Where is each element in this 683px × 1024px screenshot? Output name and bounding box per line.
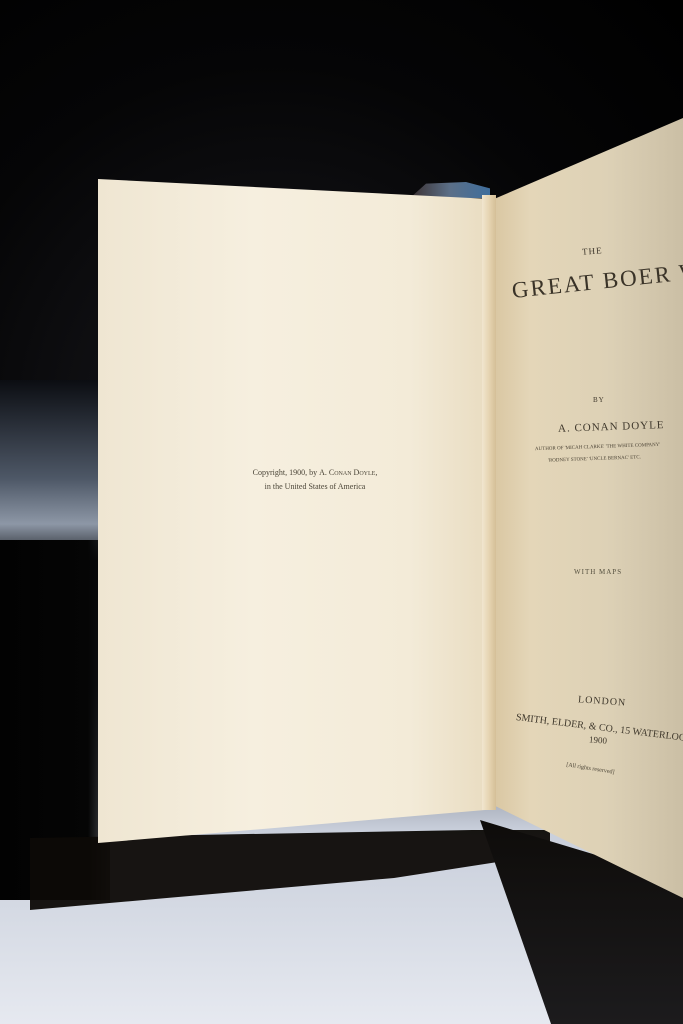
copyright-line-2: in the United States of America bbox=[230, 480, 400, 494]
photo-scene: Copyright, 1900, by A. Conan Doyle, in t… bbox=[0, 0, 683, 1024]
by-label: BY bbox=[593, 396, 605, 404]
right-page bbox=[492, 118, 683, 898]
copyright-prefix: Copyright, 1900, by bbox=[253, 468, 319, 477]
copyright-author: A. Conan Doyle, bbox=[319, 468, 377, 477]
with-maps-label: WITH MAPS bbox=[574, 568, 622, 576]
copyright-line-1: Copyright, 1900, by A. Conan Doyle, bbox=[230, 466, 400, 480]
publication-year: 1900 bbox=[589, 734, 608, 746]
book-gutter bbox=[482, 195, 496, 810]
copyright-notice: Copyright, 1900, by A. Conan Doyle, in t… bbox=[230, 466, 400, 494]
left-page bbox=[98, 179, 488, 843]
title-the: THE bbox=[582, 245, 603, 256]
